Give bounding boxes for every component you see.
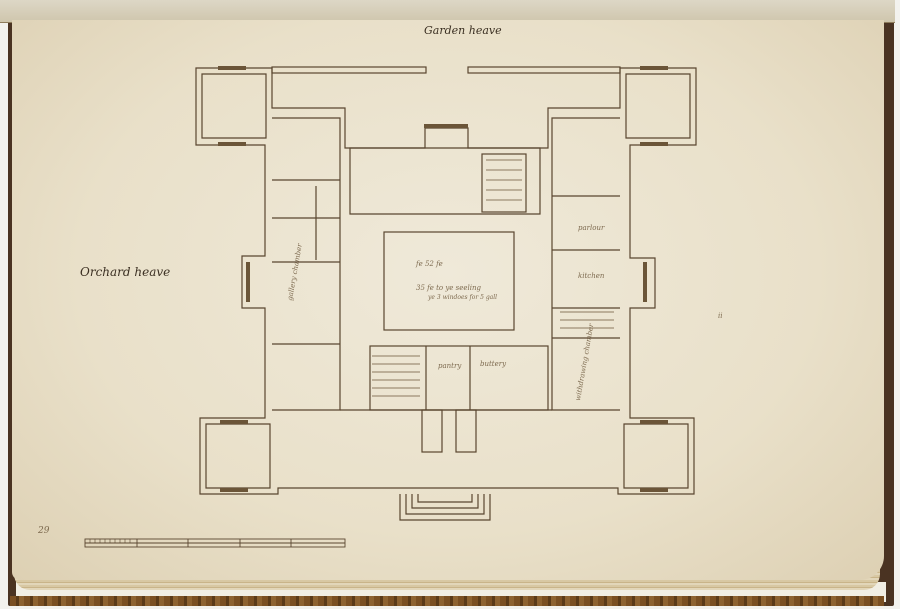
pantry-label: pantry [438,362,461,370]
kitchen-label: kitchen [578,272,604,280]
folio-number: 29 [38,526,49,536]
margin-note: ii [718,312,722,320]
hall-dimension-height: 35 fe to ye seeling [416,284,481,292]
hall-windows-note: ye 3 windoes for 5 gall [428,294,497,301]
orchard-side-label: Orchard heave [80,265,170,279]
floor-plan-drawing [0,0,900,609]
buttery-label: buttery [480,360,506,368]
garden-side-label: Garden heave [424,24,502,37]
hall-dimension-width: fe 52 fe [416,260,443,268]
parlour-label: parlour [578,224,604,232]
